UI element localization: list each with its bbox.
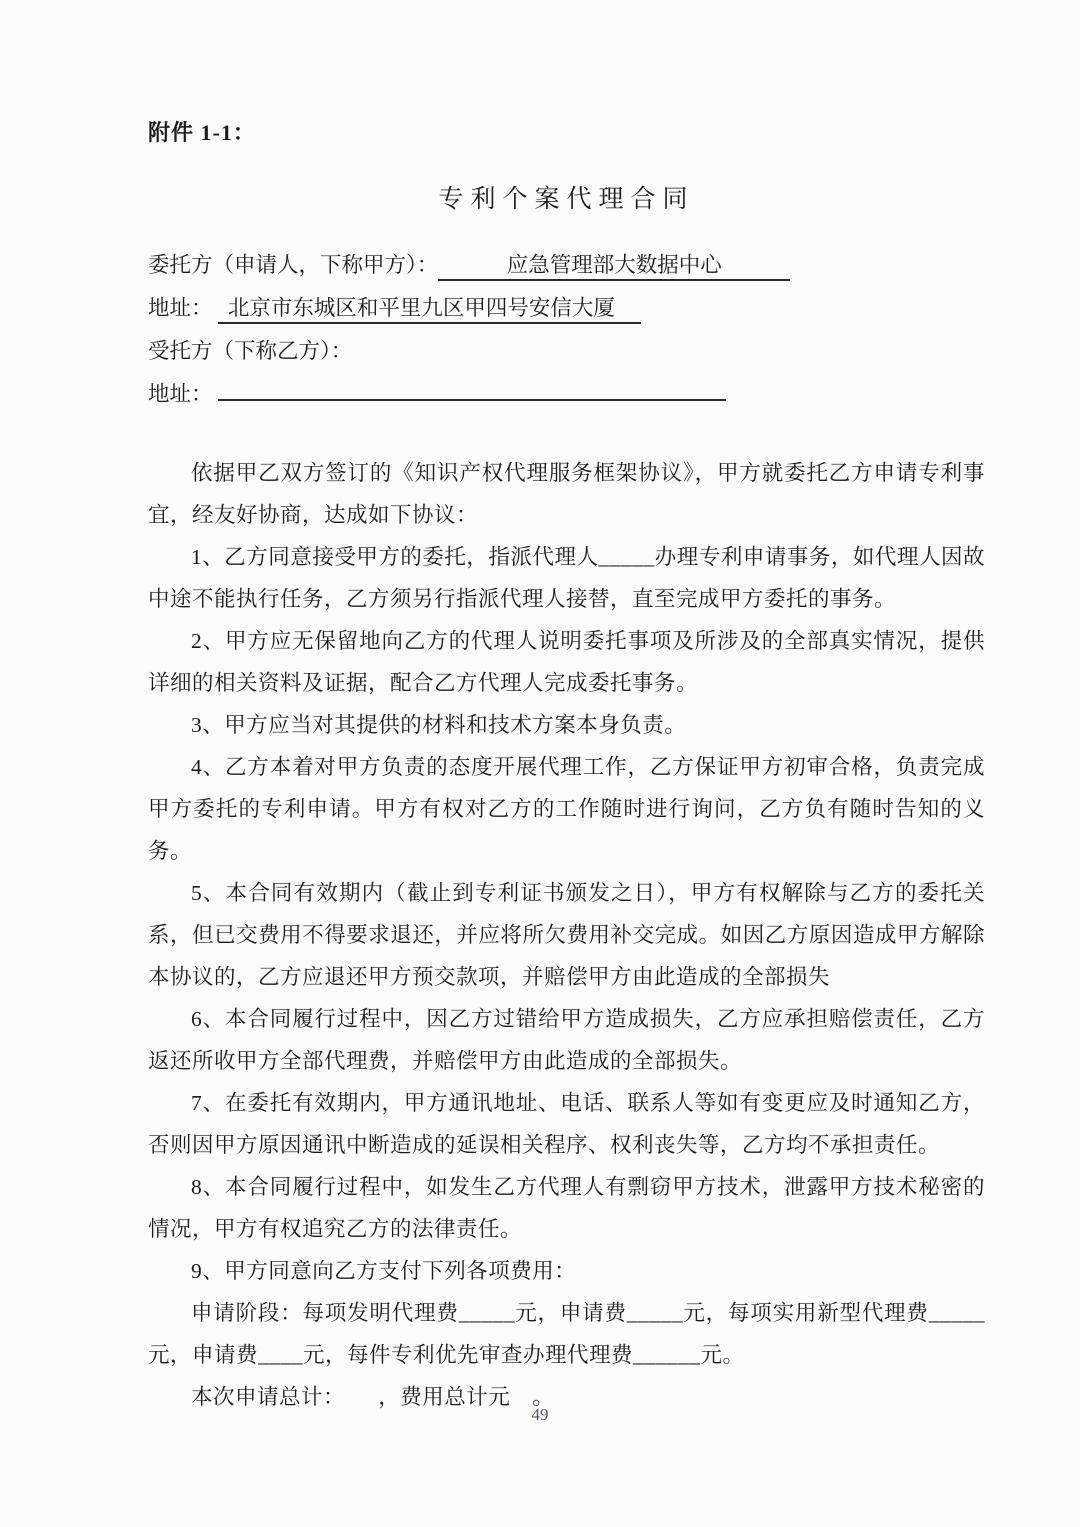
parties-section: 委托方（申请人，下称甲方）：应急管理部大数据中心 地址： 北京市东城区和平里九区… [148, 244, 985, 416]
contract-clause-1: 1、乙方同意接受甲方的委托，指派代理人_____办理专利申请事务，如代理人因故中… [148, 536, 985, 620]
entrusted-address-label: 地址： [148, 382, 213, 406]
contract-clause-5: 5、本合同有效期内（截止到专利证书颁发之日），甲方有权解除与乙方的委托关系，但已… [148, 872, 985, 998]
contract-clause-3: 3、甲方应当对其提供的材料和技术方案本身负责。 [148, 704, 985, 746]
entrusted-party-row: 受托方（下称乙方）： [148, 330, 985, 373]
attachment-label: 附件 1-1： [148, 118, 985, 148]
contract-page: 附件 1-1： 专利个案代理合同 委托方（申请人，下称甲方）：应急管理部大数据中… [0, 0, 1080, 1527]
entrusting-party-value: 应急管理部大数据中心 [438, 251, 790, 281]
entrusting-party-label: 委托方（申请人，下称甲方）： [148, 253, 438, 277]
entrusted-address-row: 地址： [148, 373, 985, 416]
contract-clause-7: 7、在委托有效期内，甲方通讯地址、电话、联系人等如有变更应及时通知乙方，否则因甲… [148, 1082, 985, 1166]
contract-clause-2: 2、甲方应无保留地向乙方的代理人说明委托事项及所涉及的全部真实情况，提供详细的相… [148, 620, 985, 704]
entrusted-party-label: 受托方（下称乙方）： [148, 339, 352, 363]
entrusting-address-row: 地址： 北京市东城区和平里九区甲四号安信大厦 [148, 287, 985, 330]
page-number: 49 [0, 1405, 1080, 1425]
contract-preamble: 依据甲乙双方签订的《知识产权代理服务框架协议》，甲方就委托乙方申请专利事宜，经友… [148, 452, 985, 536]
contract-clause-9: 9、甲方同意向乙方支付下列各项费用： [148, 1250, 985, 1292]
entrusting-party-row: 委托方（申请人，下称甲方）：应急管理部大数据中心 [148, 244, 985, 287]
contract-clause-6: 6、本合同履行过程中，因乙方过错给甲方造成损失，乙方应承担赔偿责任，乙方返还所收… [148, 998, 985, 1082]
contract-clause-8: 8、本合同履行过程中，如发生乙方代理人有剽窃甲方技术，泄露甲方技术秘密的情况，甲… [148, 1166, 985, 1250]
document-title: 专利个案代理合同 [148, 182, 985, 218]
entrusting-address-label: 地址： [148, 296, 213, 320]
contract-clause-4: 4、乙方本着对甲方负责的态度开展代理工作，乙方保证甲方初审合格，负责完成甲方委托… [148, 746, 985, 872]
page-content: 附件 1-1： 专利个案代理合同 委托方（申请人，下称甲方）：应急管理部大数据中… [0, 0, 1080, 1418]
contract-body: 依据甲乙双方签订的《知识产权代理服务框架协议》，甲方就委托乙方申请专利事宜，经友… [148, 452, 985, 1418]
entrusted-address-blank [218, 399, 726, 401]
entrusting-address-value: 北京市东城区和平里九区甲四号安信大厦 [218, 294, 641, 324]
fee-details-line: 申请阶段：每项发明代理费_____元，申请费_____元，每项实用新型代理费__… [148, 1292, 985, 1376]
